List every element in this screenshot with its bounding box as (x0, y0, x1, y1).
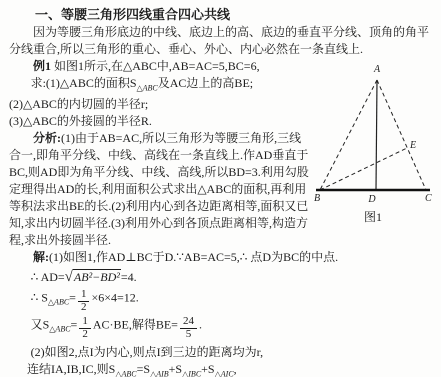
solution-line-6-sub2: △AIB (150, 369, 169, 377)
fraction-one-half: 12 (78, 289, 90, 313)
question-1-text: 求:(1)△ABC的面积S (31, 76, 137, 90)
triangle-diagram: A B C D E (314, 60, 432, 210)
solution-line-4-mid: AC·BE,解得BE= (93, 318, 178, 332)
segment-AB (320, 80, 377, 190)
solution-line-6-sub1: △ABC (115, 369, 136, 377)
fraction-denominator-2: 2 (79, 329, 91, 341)
segment-BE (320, 148, 407, 190)
solution-line-6: 连结IA,IB,IC,则S△ABC=S△AIB+S△IBC+S△AIC, (9, 361, 432, 377)
section-title: 一、等腰三角形四线重合四心共线 (9, 5, 432, 24)
solution-label: 解: (33, 250, 49, 264)
question-1-tail: 及AC边上的高BE; (158, 76, 253, 90)
solution-line-6-m2: +S (169, 362, 182, 376)
solution-line-3: ∴ S△ABC=12×6×4=12. (9, 289, 432, 313)
solution-line-3-subscript: △ABC (48, 298, 69, 307)
solution-line-5: (2)如图2,点I为内心,则点I到三边的距离均为r, (9, 344, 432, 361)
point-label-E: E (409, 140, 416, 151)
solution-line-2-pre: ∴ AD= (31, 270, 65, 284)
figure-1: A B C D E 图1 (314, 60, 432, 224)
content-with-figure: A B C D E 图1 例1 如图1所示,在△ABC中,AB=AC=5,BC=… (9, 58, 432, 249)
solution-line-4-eq: = (71, 318, 78, 332)
segment-AC (377, 80, 426, 190)
solution-line-3-pre: ∴ S (31, 291, 48, 305)
radical-sign: √ (65, 269, 73, 285)
figure-caption: 图1 (314, 210, 432, 224)
point-label-D: D (367, 194, 376, 205)
solution-line-1: 解:(1)如图1,作AD⊥BC于D.∵AB=AC=5,∴ 点D为BC的中点. (9, 249, 432, 266)
solution-line-4: 又S△ABC=12AC·BE,解得BE=245. (9, 316, 432, 340)
solution-line-4-subscript: △ABC (49, 325, 70, 334)
solution-line-1-text: (1)如图1,作AD⊥BC于D.∵AB=AC=5,∴ 点D为BC的中点. (49, 250, 338, 264)
question-1-subscript: △ABC (137, 83, 158, 92)
solution-line-3-eq: = (69, 291, 76, 305)
fraction-24-5: 245 (180, 316, 197, 340)
solution-line-6-sub4: △AIC (215, 369, 234, 377)
fraction-denominator-3: 5 (180, 329, 197, 341)
solution-line-6-sub3: △IBC (182, 369, 201, 377)
document-page: 一、等腰三角形四线重合四心共线 因为等腰三角形底边的中线、底边上的高、底边的垂直… (0, 0, 441, 377)
analysis-text: (1)由于AB=AC,所以三角形为等腰三角形,三线合一,即角平分线、中线、高线在… (9, 131, 309, 247)
solution-line-2-post: =4. (121, 270, 137, 284)
solution-line-3-post: ×6×4=12. (91, 291, 138, 305)
vertex-label-A: A (373, 64, 381, 75)
fraction-one-half-2: 12 (79, 316, 91, 340)
solution-line-2: ∴ AD=√AB²−BD²=4. (9, 269, 432, 286)
solution-line-6-m3: +S (201, 362, 214, 376)
radical-argument: AB²−BD² (73, 269, 121, 284)
analysis-label: 分析: (33, 131, 61, 145)
intro-paragraph: 因为等腰三角形底边的中线、底边上的高、底边的垂直平分线、顶角的角平分线重合,所以… (9, 24, 432, 58)
solution-line-6-pre: 连结IA,IB,IC,则S (27, 362, 115, 376)
solution-line-4-post: . (199, 318, 202, 332)
example-statement: 如图1所示,在△ABC中,AB=AC=5,BC=6, (51, 59, 260, 73)
vertex-label-C: C (425, 193, 432, 204)
example-label: 例1 (33, 59, 51, 73)
fraction-denominator: 2 (78, 302, 90, 314)
vertex-label-B: B (314, 193, 320, 204)
solution-line-6-post: , (234, 362, 237, 376)
solution-line-4-pre: 又S (31, 318, 50, 332)
segment-AD (376, 80, 377, 190)
solution-line-6-m1: =S (137, 362, 150, 376)
